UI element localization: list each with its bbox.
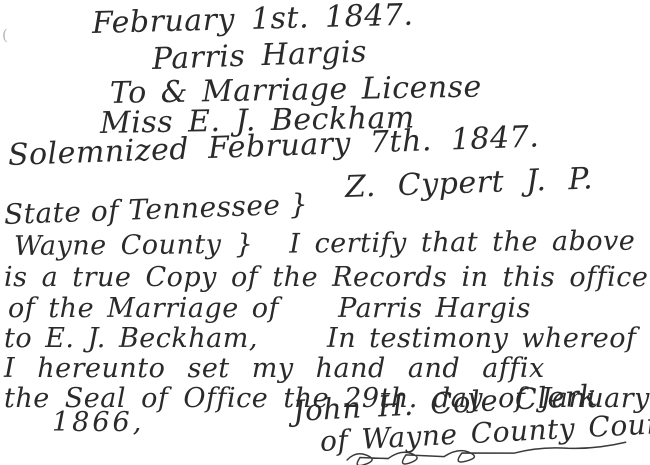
county-certify-line: Wayne County } I certify that the above <box>14 228 636 262</box>
solemnized-line: Solemnized February 7th. 1847. <box>7 121 539 171</box>
certify-line-3b-groom-name: Parris Hargis <box>338 295 531 323</box>
state-line: State of Tennessee } <box>3 189 308 229</box>
certify-line-4a-bride-name: to E. J. Beckham, <box>4 323 258 354</box>
year-line: 1866, <box>52 409 144 437</box>
certify-line-3a: of the Marriage of <box>8 293 279 324</box>
scan-artifact-mark: ( <box>2 26 8 44</box>
certify-line-5: I hereunto set my hand and affix <box>4 355 545 383</box>
document-page: ( February 1st. 1847. Parris Hargis To &… <box>0 0 650 465</box>
county-label: Wayne County } <box>14 229 254 262</box>
certify-line-4: to E. J. Beckham, In testimony whereof <box>4 325 637 353</box>
certify-line-4b: In testimony whereof <box>327 325 637 353</box>
certify-line-2: is a true Copy of the Records in this of… <box>4 264 648 292</box>
groom-name: Parris Hargis <box>151 37 367 76</box>
officiant-signature: Z. Cypert J. P. <box>344 163 593 203</box>
certify-line-1: I certify that the above <box>289 228 635 259</box>
certify-line-3: of the Marriage of Parris Hargis <box>8 295 531 323</box>
